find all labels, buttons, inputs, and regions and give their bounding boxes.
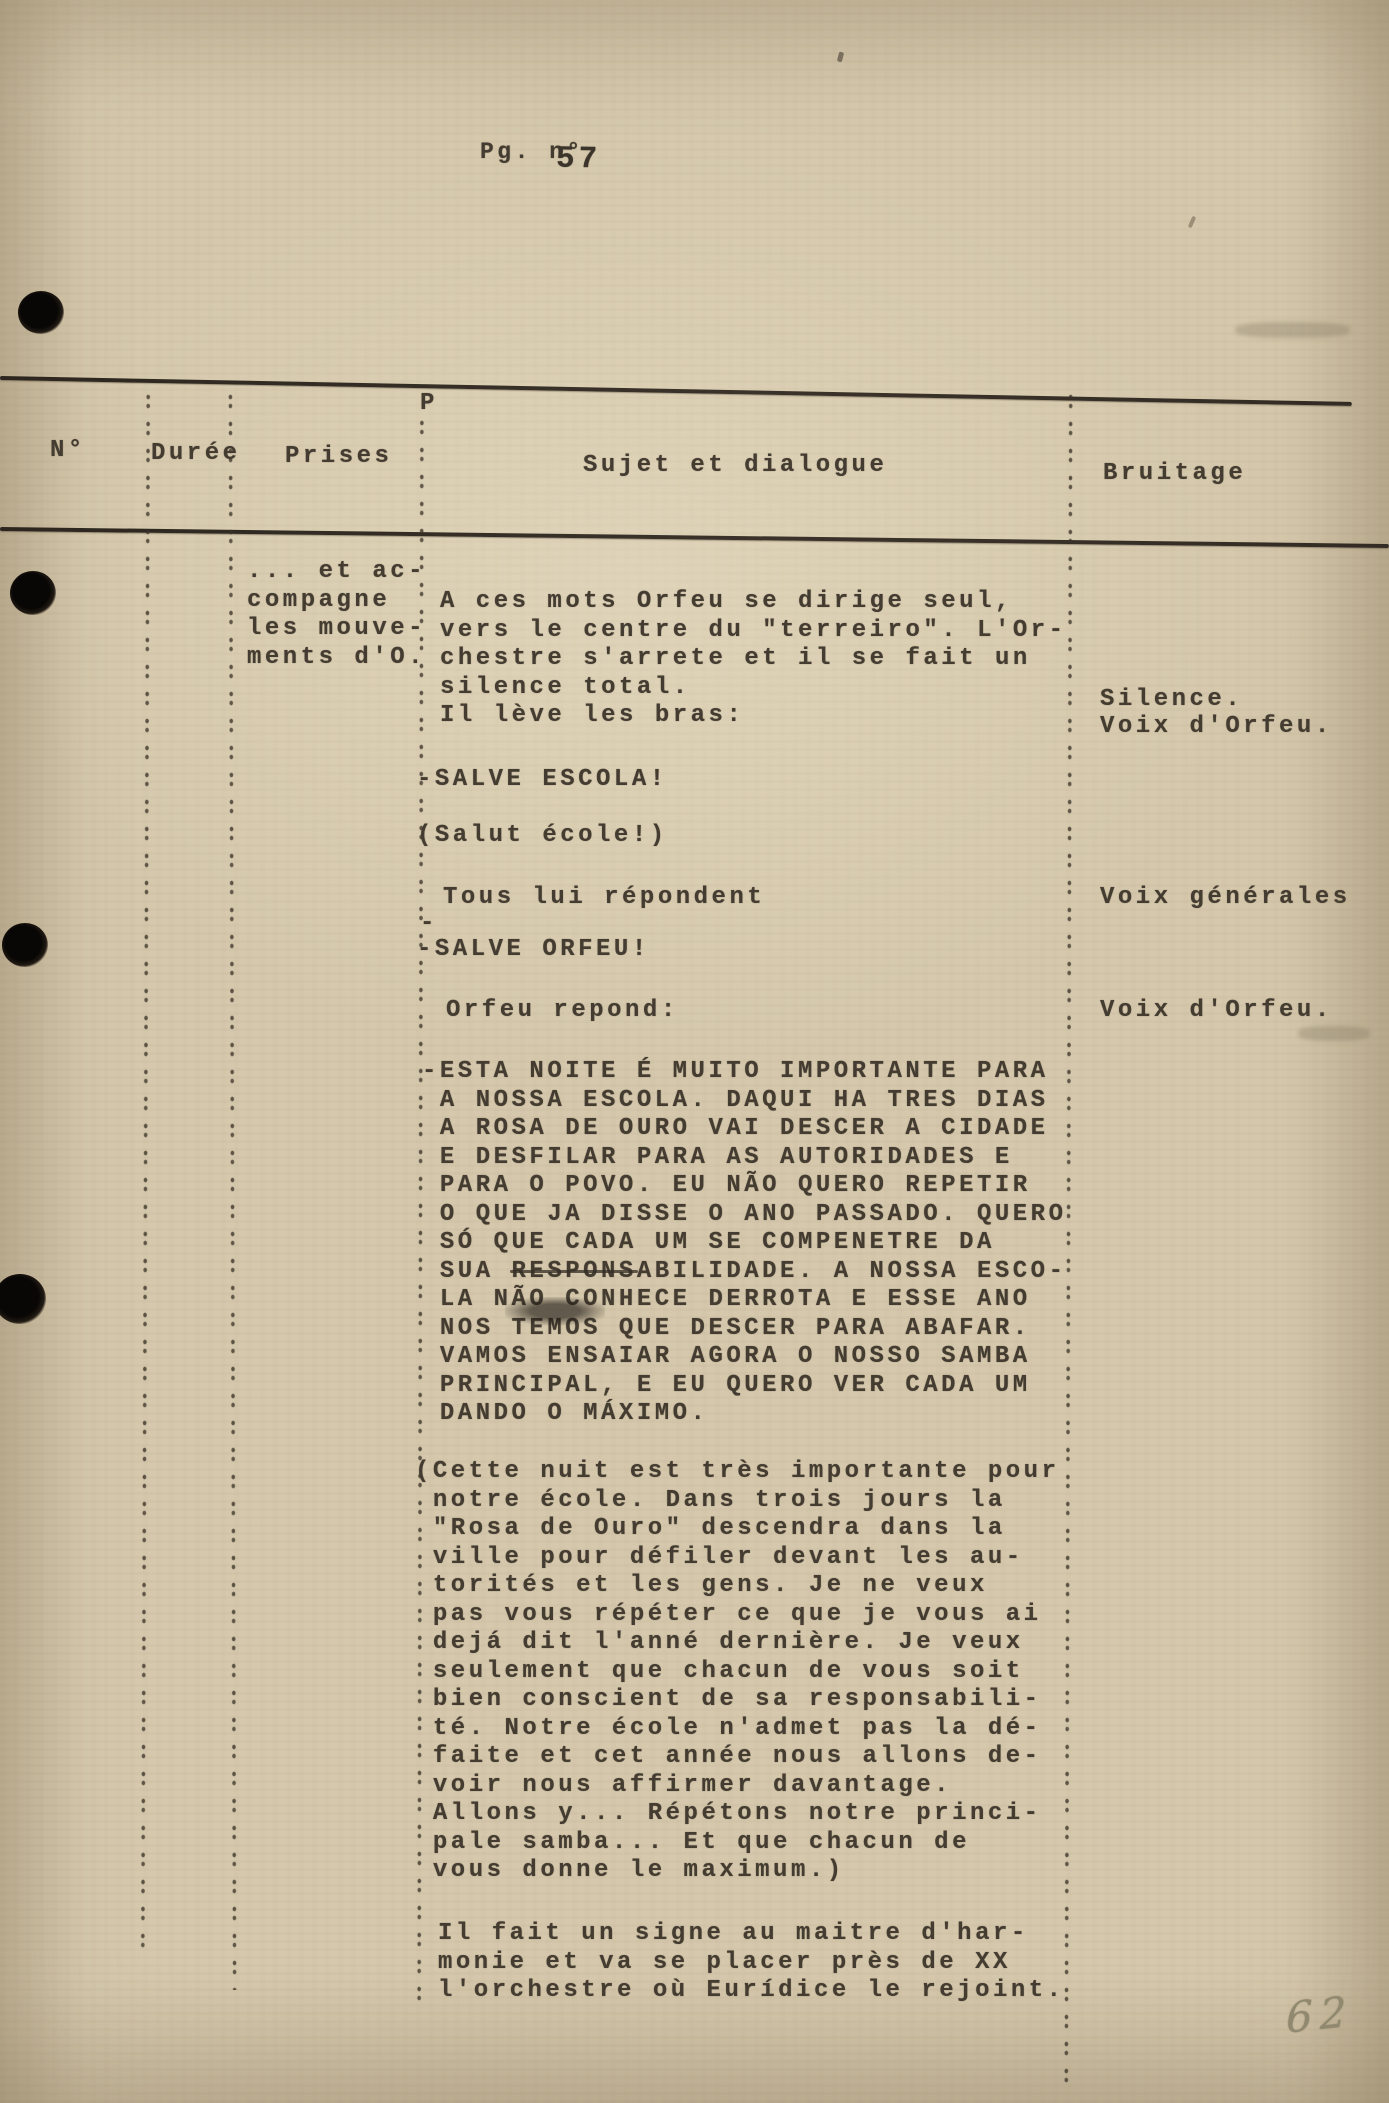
ink-speck <box>837 52 844 63</box>
punch-hole <box>2 923 48 967</box>
text-line: VAMOS ENSAIAR AGORA O NOSSO SAMBA <box>422 1343 1066 1372</box>
column-separator-dotted <box>227 392 238 1990</box>
text-line: les mouve- <box>247 615 426 644</box>
header-sujet: Sujet et dialogue <box>583 452 887 481</box>
dialogue-salve-escola: -SALVE ESCOLA! <box>417 766 668 795</box>
column-separator-dotted <box>139 392 151 1960</box>
text-line: PARA O POVO. EU NÃO QUERO REPETIR <box>422 1172 1066 1201</box>
action-block-1: A ces mots Orfeu se dirige seul,vers le … <box>440 588 1067 731</box>
text-line: SÓ QUE CADA UM SE COMPENETRE DA <box>422 1229 1066 1258</box>
text-line: notre école. Dans trois jours la <box>415 1487 1059 1516</box>
text-line: ments d'O. <box>247 644 426 673</box>
table-rule-top <box>0 376 1352 406</box>
scan-smudge <box>1235 322 1350 338</box>
stray-p: P <box>420 390 438 419</box>
sound-note-voix-orfeu-1: Voix d'Orfeu. <box>1100 713 1333 742</box>
correction-underline <box>510 1270 638 1273</box>
punch-hole <box>0 1274 46 1324</box>
text-line: pale samba... Et que chacun de <box>415 1829 1059 1858</box>
scanned-page: Pg. n° 57 N° Durée Prises Sujet et dialo… <box>0 0 1389 2103</box>
text-line: PRINCIPAL, E EU QUERO VER CADA UM <box>422 1372 1066 1401</box>
text-line: (Cette nuit est très importante pour <box>415 1458 1059 1487</box>
text-line: seulement que chacun de vous soit <box>415 1658 1059 1687</box>
sound-note-voix-generales: Voix générales <box>1100 884 1351 913</box>
sound-note-voix-orfeu-2: Voix d'Orfeu. <box>1100 997 1333 1026</box>
sound-note-silence: Silence. <box>1100 686 1243 715</box>
text-line: l'orchestre où Eurídice le rejoint. <box>438 1977 1065 2006</box>
text-line: Allons y... Répétons notre princi- <box>415 1800 1059 1829</box>
text-line: compagne <box>247 587 426 616</box>
speech-french-translation: (Cette nuit est très importante pour not… <box>415 1458 1059 1886</box>
text-line: pas vous répéter ce que je vous ai <box>415 1601 1059 1630</box>
table-rule-bottom <box>0 527 1389 548</box>
text-line: té. Notre école n'admet pas la dé- <box>415 1715 1059 1744</box>
text-line: silence total. <box>440 674 1067 703</box>
text-line: O QUE JA DISSE O ANO PASSADO. QUERO <box>422 1201 1066 1230</box>
ink-blot <box>505 1297 605 1325</box>
text-line: torités et les gens. Je ne veux <box>415 1572 1059 1601</box>
text-line: vers le centre du "terreiro". L'Or- <box>440 617 1067 646</box>
text-line: monie et va se placer près de XX <box>438 1949 1065 1978</box>
text-line: ... et ac- <box>247 558 426 587</box>
punch-hole <box>18 291 64 334</box>
text-line: "Rosa de Ouro" descendra dans la <box>415 1515 1059 1544</box>
text-line: faite et cet année nous allons de- <box>415 1743 1059 1772</box>
ink-speck <box>1188 216 1197 229</box>
text-line: Il fait un signe au maitre d'har- <box>438 1920 1065 1949</box>
text-line: dejá dit l'anné dernière. Je veux <box>415 1629 1059 1658</box>
text-line: voir nous affirmer davantage. <box>415 1772 1059 1801</box>
text-line: ville pour défiler devant les au- <box>415 1544 1059 1573</box>
header-bruitage: Bruitage <box>1103 460 1246 489</box>
punch-hole <box>10 571 56 615</box>
dash-mark: - <box>420 910 438 939</box>
action-tous-repondent: Tous lui répondent <box>443 884 765 913</box>
text-line: bien conscient de sa responsabili- <box>415 1686 1059 1715</box>
text-line: A ces mots Orfeu se dirige seul, <box>440 588 1067 617</box>
text-line: E DESFILAR PARA AS AUTORIDADES E <box>422 1144 1066 1173</box>
text-line: A ROSA DE OURO VAI DESCER A CIDADE <box>422 1115 1066 1144</box>
prises-note: ... et ac-compagneles mouve-ments d'O. <box>247 558 426 672</box>
speech-portuguese: -ESTA NOITE É MUITO IMPORTANTE PARA A NO… <box>422 1058 1066 1429</box>
dialogue-salve-orfeu: -SALVE ORFEU! <box>417 936 650 965</box>
page-number: 57 <box>556 146 602 175</box>
text-line: vous donne le maximum.) <box>415 1857 1059 1886</box>
header-duree: Durée <box>151 440 241 469</box>
text-line: -ESTA NOITE É MUITO IMPORTANTE PARA <box>422 1058 1066 1087</box>
handwritten-page-number: 62 <box>1286 1986 1353 2042</box>
text-line: DANDO O MÁXIMO. <box>422 1400 1066 1429</box>
text-line: chestre s'arrete et il se fait un <box>440 645 1067 674</box>
dialogue-salut-ecole: (Salut école!) <box>417 822 668 851</box>
header-no: N° <box>50 437 86 466</box>
action-orfeu-repond: Orfeu repond: <box>446 997 679 1026</box>
text-line: A NOSSA ESCOLA. DAQUI HA TRES DIAS <box>422 1087 1066 1116</box>
text-line: Il lève les bras: <box>440 702 1067 731</box>
scan-smudge <box>1298 1026 1370 1041</box>
header-prises: Prises <box>285 443 392 472</box>
action-block-2: Il fait un signe au maitre d'har-monie e… <box>438 1920 1065 2006</box>
